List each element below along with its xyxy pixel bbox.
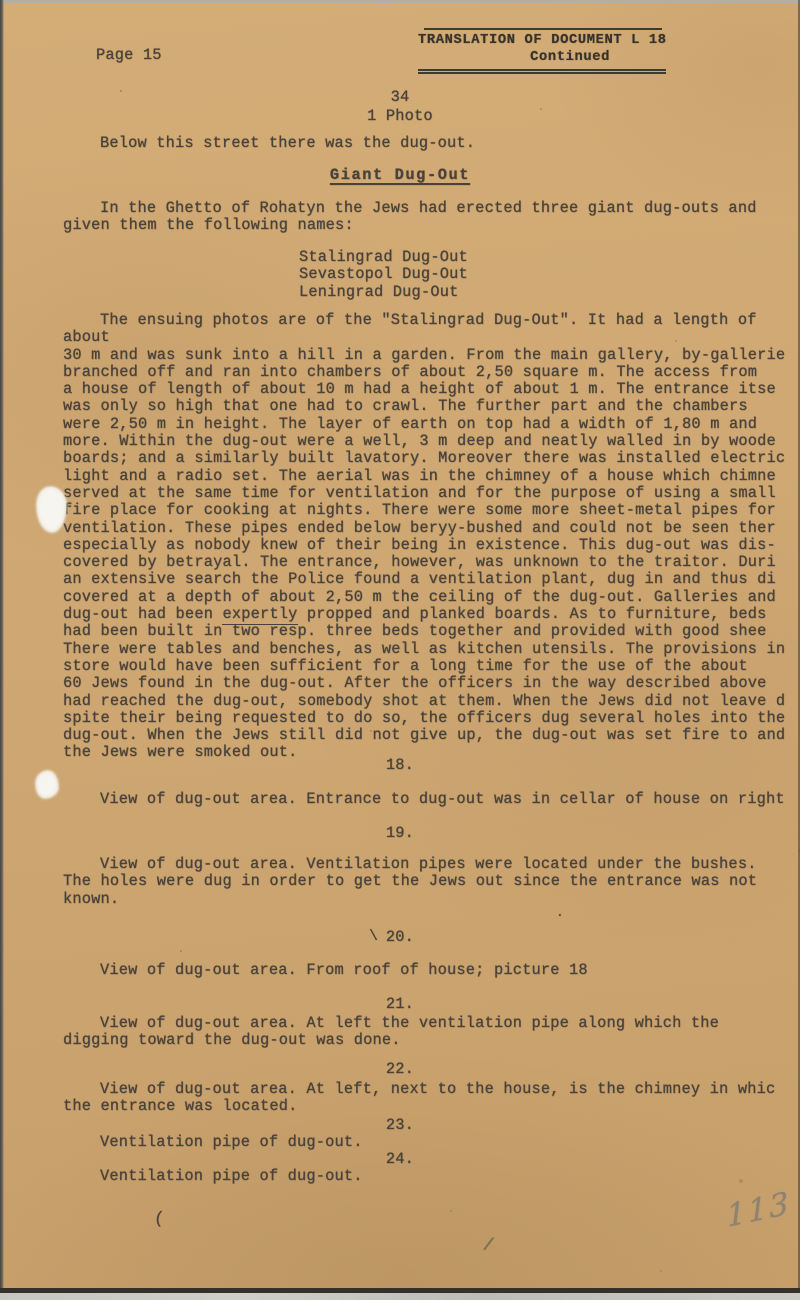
section-heading-row: Giant Dug-Out	[0, 167, 800, 184]
photo-caption-19: View of dug-out area. Ventilation pipes …	[63, 856, 800, 908]
photo-number-19: 19.	[0, 825, 800, 842]
photo-number-20: 20.	[0, 929, 800, 946]
intro-line: Below this street there was the dug-out.	[63, 135, 800, 152]
scan-edge-left	[0, 0, 4, 1300]
photo-number-23: 23.	[0, 1117, 800, 1134]
photo-caption-23: Ventilation pipe of dug-out.	[63, 1134, 800, 1151]
photo-number-18: 18.	[0, 757, 800, 774]
scan-edge-top	[0, 0, 800, 3]
stray-mark-slash: /	[482, 1235, 495, 1256]
photo-number-22: 22.	[0, 1061, 800, 1078]
stray-mark-bracket: (	[153, 1210, 165, 1230]
photo-caption-22: View of dug-out area. At left, next to t…	[63, 1081, 800, 1116]
translation-stamp: TRANSLATION OF DOCUMENT L 18 Continued	[418, 28, 666, 74]
dugout-names-list: Stalingrad Dug-Out Sevastopol Dug-Out Le…	[299, 249, 468, 301]
stray-mark-dot: .	[556, 905, 564, 920]
photo-number-21: 21.	[0, 996, 800, 1013]
photo-number-24: 24.	[0, 1151, 800, 1168]
scan-edge-bottom-grey	[0, 1293, 800, 1300]
photo-caption-20: View of dug-out area. From roof of house…	[63, 962, 800, 979]
stamp-title: TRANSLATION OF DOCUMENT L 18	[418, 30, 666, 49]
photo-count: 1 Photo	[0, 108, 800, 125]
paper-specks	[120, 90, 122, 92]
stamp-continued: Continued	[418, 49, 666, 66]
hole-punch-top	[37, 487, 66, 532]
handwritten-page-number: 113	[725, 1185, 791, 1235]
section-heading: Giant Dug-Out	[330, 166, 470, 184]
main-paragraph-part1: The ensuing photos are of the "Stalingra…	[63, 311, 785, 623]
hole-punch-bottom	[36, 771, 58, 798]
photo-caption-21: View of dug-out area. At left the ventil…	[63, 1015, 800, 1050]
scanned-document-page: Page 15 TRANSLATION OF DOCUMENT L 18 Con…	[0, 0, 800, 1300]
main-paragraph: The ensuing photos are of the "Stalingra…	[63, 312, 800, 762]
photo-caption-18: View of dug-out area. Entrance to dug-ou…	[63, 791, 800, 808]
stamp-rule-bottom	[418, 69, 666, 74]
photo-caption-24: Ventilation pipe of dug-out.	[63, 1168, 800, 1185]
names-intro-paragraph: In the Ghetto of Rohatyn the Jews had er…	[63, 200, 800, 235]
page-label: Page 15	[96, 47, 162, 64]
stray-mark-backslash: \	[369, 928, 378, 945]
main-paragraph-part2: propped and planked boards. As to furnit…	[63, 605, 785, 761]
